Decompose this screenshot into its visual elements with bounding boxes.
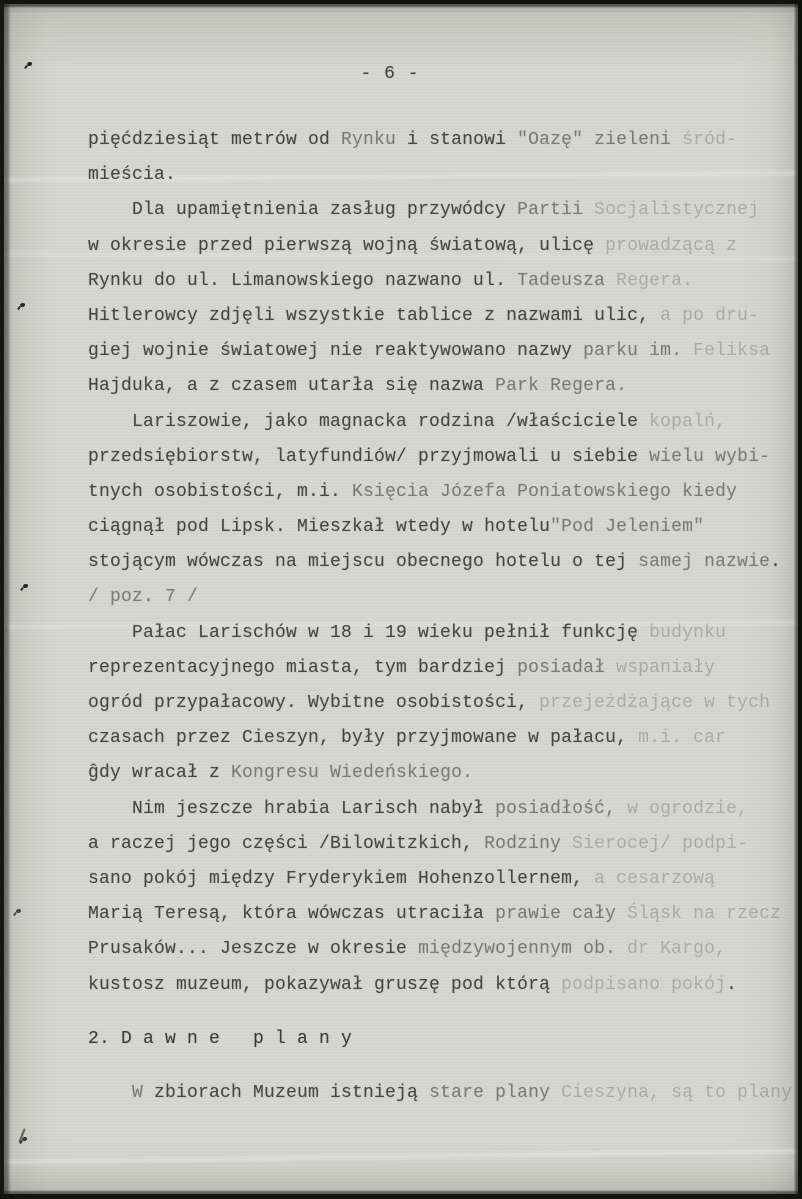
text-segment: giej wojnie światowej nie reaktywowano n… bbox=[88, 341, 583, 361]
scan-edge-bottom bbox=[0, 1190, 802, 1199]
text-segment: w okresie przed pierwszą wojną światową,… bbox=[88, 236, 605, 256]
text-segment: a po dru- bbox=[660, 306, 759, 326]
text-line: Prusaków... Jeszcze w okresie międzywoje… bbox=[88, 932, 798, 967]
text-segment: Księcia Józefa Poniatowskiego kiedy bbox=[352, 482, 737, 502]
text-segment: Socjalistycznej bbox=[594, 200, 759, 220]
text-segment: a cesarzową bbox=[594, 869, 715, 889]
text-line: Marią Teresą, która wówczas utraciła pra… bbox=[88, 897, 798, 932]
text-segment: kopalń, bbox=[649, 412, 726, 432]
text-line: pięćdziesiąt metrów od Rynku i stanowi "… bbox=[88, 123, 798, 158]
text-line: Dla upamiętnienia zasług przywódcy Parti… bbox=[88, 193, 798, 228]
text-line: tnych osobistości, m.i. Księcia Józefa P… bbox=[88, 475, 798, 510]
text-segment: Hitlerowcy zdjęli wszystkie tablice z na… bbox=[88, 306, 660, 326]
text-line: Nim jeszcze hrabia Larisch nabył posiadł… bbox=[88, 792, 798, 827]
text-segment: międzywojennym ob. bbox=[418, 939, 627, 959]
text-segment: Prusaków... Jeszcze w okresie bbox=[88, 939, 418, 959]
text-segment: Rynku do ul. Limanowskiego nazwano ul. bbox=[88, 271, 517, 291]
text-segment: Rynku bbox=[341, 130, 396, 150]
text-segment: prawie cały bbox=[495, 904, 627, 924]
text-line: reprezentacyjnego miasta, tym bardziej p… bbox=[88, 651, 798, 686]
text-segment: mieścia. bbox=[88, 165, 176, 185]
text-segment: Pałac Larischów w 18 i 19 wieku pełnił f… bbox=[132, 623, 649, 643]
text-segment: dr Kargo, bbox=[627, 939, 726, 959]
text-segment: a raczej jego części /Bilowitzkich, bbox=[88, 834, 484, 854]
text-segment: Regera. bbox=[616, 271, 693, 291]
text-segment: stare plany bbox=[429, 1083, 561, 1103]
text-segment: wspaniały bbox=[616, 658, 715, 678]
text-segment: ĝdy wracał z bbox=[88, 763, 231, 783]
text-segment: Kongresu Wiedeńskiego. bbox=[231, 763, 473, 783]
text-line: sano pokój między Fryderykiem Hohenzolle… bbox=[88, 862, 798, 897]
text-segment: Nim jeszcze hrabia Larisch nabył bbox=[132, 799, 495, 819]
text-line: czasach przez Cieszyn, były przyjmowane … bbox=[88, 721, 798, 756]
text-segment: "Pod Jeleniem" bbox=[550, 517, 704, 537]
text-segment: posiadał bbox=[517, 658, 616, 678]
text-segment: Hajduka, a z czasem utarła się nazwa bbox=[88, 376, 495, 396]
text-segment: "Oazę" zieleni bbox=[517, 130, 682, 150]
text-segment: Cieszyna, są to plany bbox=[561, 1083, 792, 1103]
text-segment: Lariszowie, jako magnacka rodzina /właśc… bbox=[132, 412, 649, 432]
text-line: / poz. 7 / bbox=[88, 580, 798, 615]
text-line: w okresie przed pierwszą wojną światową,… bbox=[88, 229, 798, 264]
text-line: kustosz muzeum, pokazywał gruszę pod któ… bbox=[88, 968, 798, 1003]
text-line: przedsiębiorstw, latyfundiów/ przyjmowal… bbox=[88, 440, 798, 475]
text-line: Hajduka, a z czasem utarła się nazwa Par… bbox=[88, 369, 798, 404]
text-line: stojącym wówczas na miejscu obecnego hot… bbox=[88, 545, 798, 580]
text-segment: m.i. car bbox=[638, 728, 726, 748]
text-segment: reprezentacyjnego miasta, tym bardziej bbox=[88, 658, 517, 678]
text-segment: Tadeusza bbox=[517, 271, 616, 291]
text-segment: śród- bbox=[682, 130, 737, 150]
text-line: ciągnął pod Lipsk. Mieszkał wtedy w hote… bbox=[88, 510, 798, 545]
text-segment: prowadzącą z bbox=[605, 236, 737, 256]
text-segment: stojącym wówczas na miejscu obecnego hot… bbox=[88, 552, 638, 572]
text-segment: przejeżdżające w tych bbox=[539, 693, 770, 713]
text-segment: budynku bbox=[649, 623, 726, 643]
text-line: Pałac Larischów w 18 i 19 wieku pełnił f… bbox=[88, 616, 798, 651]
text-line: Hitlerowcy zdjęli wszystkie tablice z na… bbox=[88, 299, 798, 334]
text-line: ogród przypałacowy. Wybitne osobistości,… bbox=[88, 686, 798, 721]
text-segment: . bbox=[726, 975, 737, 995]
text-segment: kustosz muzeum, pokazywał gruszę pod któ… bbox=[88, 975, 561, 995]
text-segment: Feliksa bbox=[693, 341, 770, 361]
text-segment: tnych osobistości, m.i. bbox=[88, 482, 352, 502]
text-segment: Dla upamiętnienia zasług przywódcy bbox=[132, 200, 517, 220]
section-heading: 2. D a w n e p l a n y bbox=[88, 1022, 798, 1057]
text-segment: Śląsk na rzecz bbox=[627, 904, 781, 924]
text-segment: ciągnął pod Lipsk. Mieszkał wtedy w hote… bbox=[88, 517, 550, 537]
text-line: Rynku do ul. Limanowskiego nazwano ul. T… bbox=[88, 264, 798, 299]
text-segment: ogród przypałacowy. Wybitne osobistości, bbox=[88, 693, 539, 713]
text-segment: Rodziny bbox=[484, 834, 572, 854]
text-segment: i stanowi bbox=[396, 130, 517, 150]
text-line: a raczej jego części /Bilowitzkich, Rodz… bbox=[88, 827, 798, 862]
text-line: giej wojnie światowej nie reaktywowano n… bbox=[88, 334, 798, 369]
typewritten-text: pięćdziesiąt metrów od Rynku i stanowi "… bbox=[88, 123, 798, 1111]
text-segment: w ogrodzie, bbox=[627, 799, 748, 819]
text-segment: parku im. bbox=[583, 341, 693, 361]
text-line: Lariszowie, jako magnacka rodzina /właśc… bbox=[88, 405, 798, 440]
text-segment: . bbox=[770, 552, 781, 572]
text-segment: pięćdziesiąt metrów od bbox=[88, 130, 341, 150]
scan-edge-right bbox=[794, 0, 802, 1199]
page-number: - 6 - bbox=[0, 64, 780, 84]
text-line: ĝdy wracał z Kongresu Wiedeńskiego. bbox=[88, 756, 798, 791]
text-segment: Park Regera. bbox=[495, 376, 627, 396]
scanned-page: - 6 - pięćdziesiąt metrów od Rynku i sta… bbox=[0, 0, 802, 1199]
text-segment: samej nazwie bbox=[638, 552, 770, 572]
text-segment: posiadłość, bbox=[495, 799, 627, 819]
text-segment: Partii bbox=[517, 200, 594, 220]
text-segment: / poz. 7 / bbox=[88, 587, 198, 607]
text-segment: zbiorach Muzeum istnieją bbox=[154, 1083, 429, 1103]
scan-edge-top bbox=[0, 0, 802, 8]
scan-edge-left bbox=[0, 0, 11, 1199]
text-segment: Marią Teresą, która wówczas utraciła bbox=[88, 904, 495, 924]
text-segment: W bbox=[132, 1083, 154, 1103]
text-segment: wielu wybi- bbox=[649, 447, 770, 467]
text-segment: podpisano pokój bbox=[561, 975, 726, 995]
text-line: mieścia. bbox=[88, 158, 798, 193]
text-segment: Sierocej/ podpi- bbox=[572, 834, 748, 854]
text-segment: czasach przez Cieszyn, były przyjmowane … bbox=[88, 728, 638, 748]
text-segment: sano pokój między Fryderykiem Hohenzolle… bbox=[88, 869, 594, 889]
text-segment: 2. D a w n e p l a n y bbox=[88, 1029, 352, 1049]
text-segment: przedsiębiorstw, latyfundiów/ przyjmowal… bbox=[88, 447, 649, 467]
text-line: W zbiorach Muzeum istnieją stare plany C… bbox=[88, 1076, 798, 1111]
